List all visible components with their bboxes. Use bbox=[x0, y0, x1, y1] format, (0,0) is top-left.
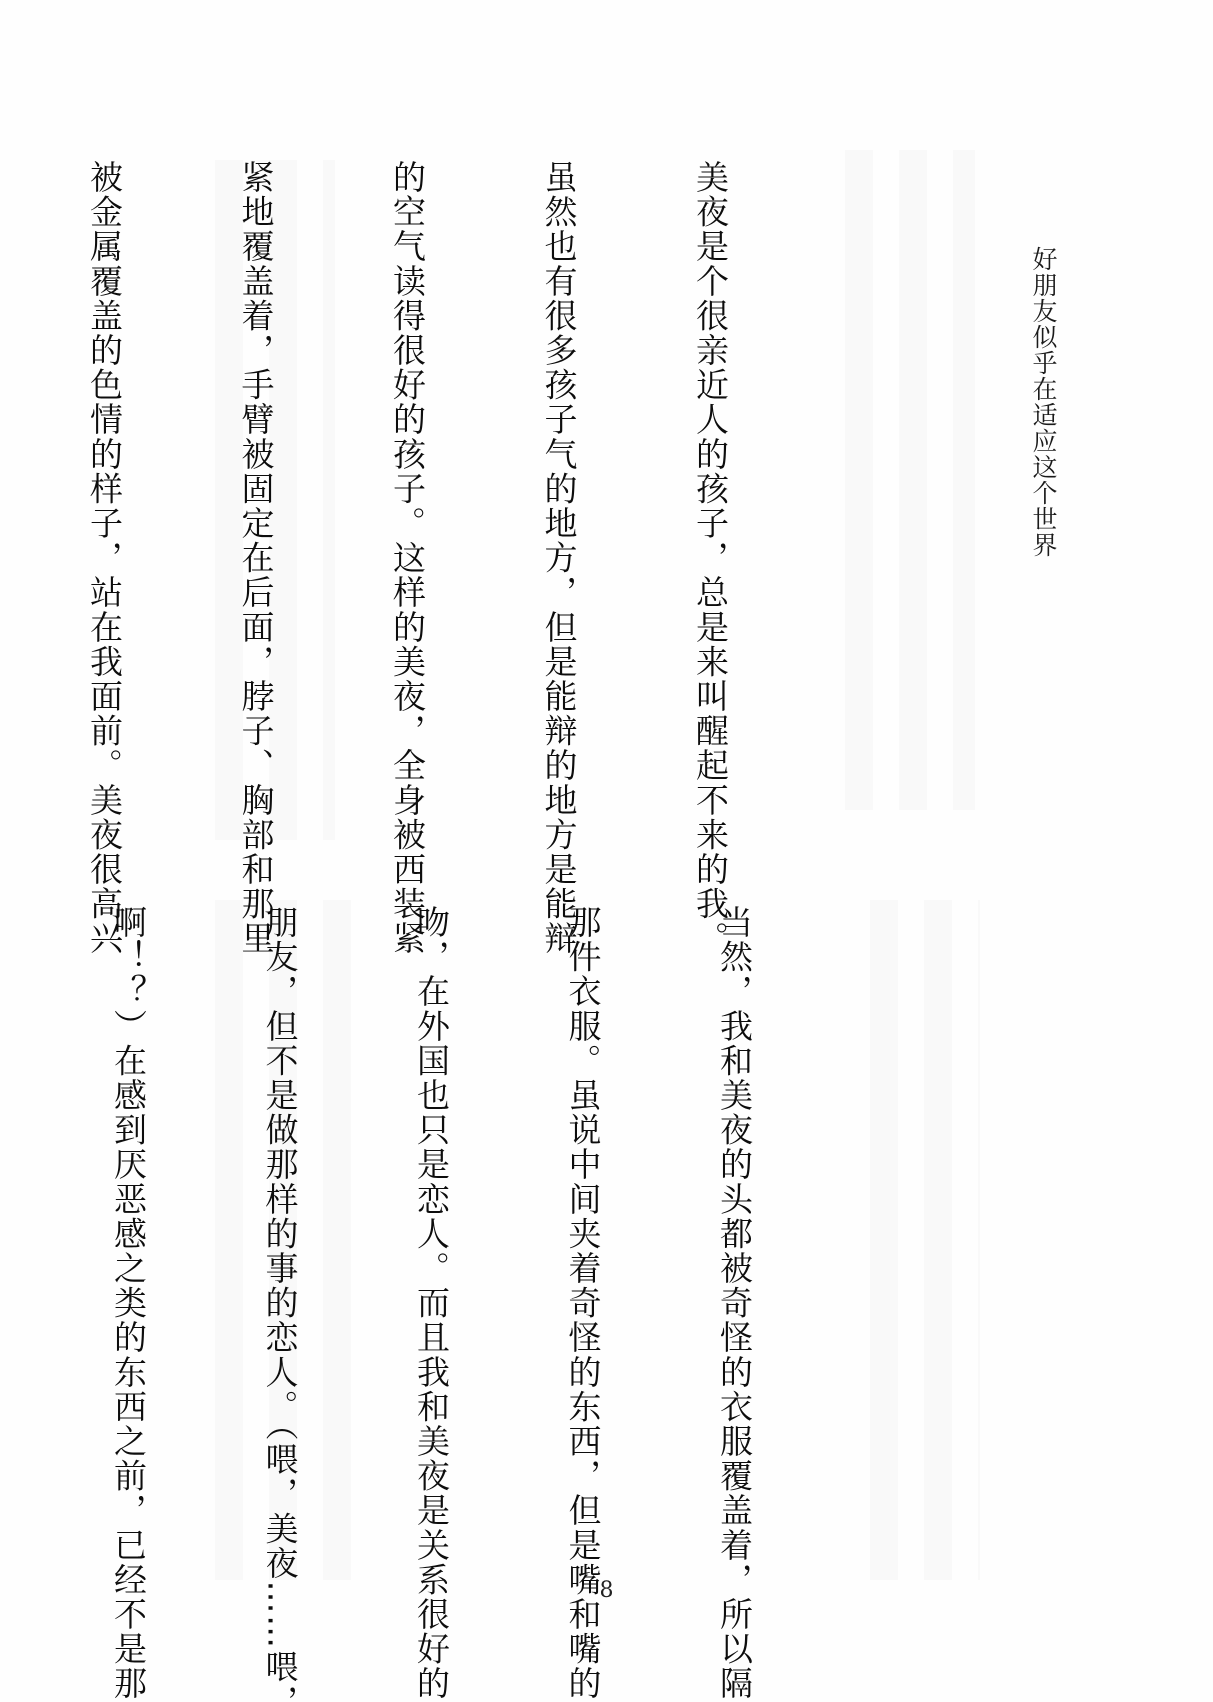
text-column: 那件衣服。虽说中间夹着奇怪的东西，但是嘴和嘴的接 bbox=[557, 905, 608, 1585]
text-column: 的空气读得很好的孩子。这样的美夜，全身被西装紧 bbox=[382, 160, 433, 840]
text-block-bottom: 当然，我和美夜的头都被奇怪的衣服覆盖着，所以隔着 那件衣服。虽说中间夹着奇怪的东… bbox=[0, 905, 860, 1585]
text-column: 地方了。这是因为，嘴和嘴合在一起几秒钟后，感觉身 bbox=[0, 905, 2, 1585]
text-block-top: 美夜是个很亲近人的孩子，总是来叫醒起不来的我。 虽然也有很多孩子气的地方，但是能… bbox=[0, 160, 836, 840]
text-column: 啊！？）在感到厌恶感之类的东西之前，已经不是那个 bbox=[103, 905, 154, 1585]
chapter-title: 好朋友似乎在适应这个世界 bbox=[1027, 246, 1059, 558]
text-column: 朋友，但不是做那样的事的恋人。（喂，美夜……喂， bbox=[254, 905, 305, 1585]
text-column: 当然，我和美夜的头都被奇怪的衣服覆盖着，所以隔着 bbox=[709, 905, 760, 1585]
scan-ghost-bottom-right bbox=[870, 900, 980, 1580]
scan-ghost-top-right bbox=[845, 150, 975, 810]
text-column: 被金属覆盖的色情的样子，站在我面前。美夜很高兴 bbox=[79, 160, 130, 840]
text-column: 美夜是个很亲近人的孩子，总是来叫醒起不来的我。 bbox=[685, 160, 736, 840]
text-column: 虽然也有很多孩子气的地方，但是能辩的地方是能辩 bbox=[533, 160, 584, 840]
text-column: 吻，在外国也只是恋人。而且我和美夜是关系很好的好 bbox=[406, 905, 457, 1585]
text-column: 紧地覆盖着，手臂被固定在后面，脖子、胸部和那里 bbox=[230, 160, 281, 840]
page-number: 8 bbox=[0, 1578, 1213, 1603]
